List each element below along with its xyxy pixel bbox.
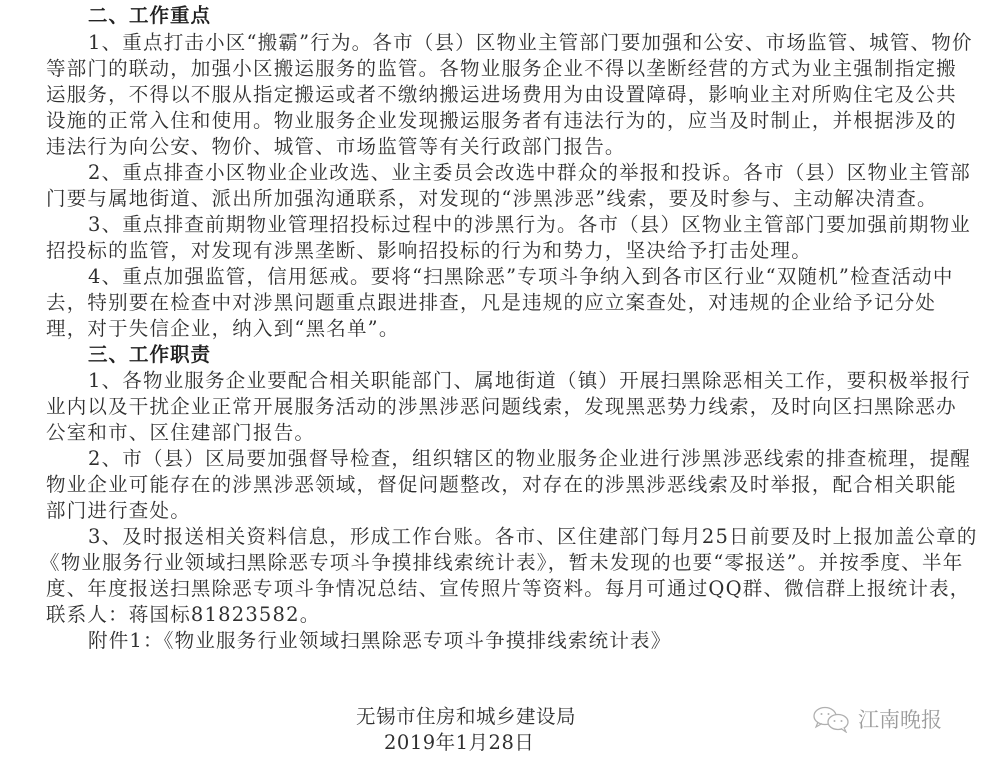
wechat-icon [812, 705, 852, 733]
signature-organization: 无锡市住房和城乡建设局 [356, 704, 576, 730]
paragraph-line: 运服务，不得以不服从指定搬运或者不缴纳搬运进场费用为由设置障碍，影响业主对所购住… [46, 82, 957, 108]
paragraph-line: 3、及时报送相关资料信息，形成工作台账。各市、区住建部门每月25日前要及时上报加… [88, 524, 978, 550]
section-heading-work-focus: 二、工作重点 [88, 3, 211, 29]
paragraph-line: 度、年度报送扫黑除恶专项斗争情况总结、宣传照片等资料。每月可通过QQ群、微信群上… [46, 576, 970, 602]
paragraph-line: 业内以及干扰企业正常开展服务活动的涉黑涉恶问题线索，发现黑恶势力线索，及时向区扫… [46, 394, 957, 420]
paragraph-line: 设施的正常入住和使用。物业服务企业发现搬运服务者有违法行为的，应当及时制止，并根… [46, 108, 957, 134]
paragraph-line: 公室和市、区住建部门报告。 [46, 420, 315, 446]
paragraph-line: 4、重点加强监管，信用惩戒。要将“扫黑除恶”专项斗争纳入到各市区行业“双随机”检… [88, 264, 954, 290]
document-page: 二、工作重点 1、重点打击小区“搬霸”行为。各市（县）区物业主管部门要加强和公安… [0, 0, 988, 762]
paragraph-line: 物业企业可能存在的涉黑涉恶领域，督促问题整改，对存在的涉黑涉恶线索及时举报，配合… [46, 472, 957, 498]
paragraph-line: 2、市（县）区局要加强督导检查，组织辖区的物业服务企业进行涉黑涉恶线索的排查梳理… [88, 446, 971, 472]
paragraph-line: 联系人：蒋国标81823582。 [46, 602, 320, 628]
paragraph-line: 部门进行查处。 [46, 498, 191, 524]
paragraph-line: 违法行为向公安、物价、城管、市场监管等有关行政部门报告。 [46, 134, 626, 160]
section-heading-work-duties: 三、工作职责 [88, 342, 211, 368]
paragraph-line: 1、重点打击小区“搬霸”行为。各市（县）区物业主管部门要加强和公安、市场监管、城… [88, 30, 973, 56]
paragraph-line: 理，对于失信企业，纳入到“黑名单”。 [46, 316, 400, 342]
paragraph-line: 等部门的联动，加强小区搬运服务的监管。各物业服务企业不得以垄断经营的方式为业主强… [46, 56, 957, 82]
watermark-text: 江南晚报 [858, 704, 942, 734]
paragraph-line: 招投标的监管，对发现有涉黑垄断、影响招投标的行为和势力，坚决给予打击处理。 [46, 238, 812, 264]
paragraph-line: 2、重点排查小区物业企业改选、业主委员会改选中群众的举报和投诉。各市（县）区物业… [88, 160, 971, 186]
signature-date: 2019年1月28日 [384, 730, 534, 756]
attachment-line: 附件1：《物业服务行业领域扫黑除恶专项斗争摸排线索统计表》 [88, 628, 671, 654]
watermark: 江南晚报 [812, 704, 942, 734]
paragraph-line: 3、重点排查前期物业管理招投标过程中的涉黑行为。各市（县）区物业主管部门要加强前… [88, 212, 971, 238]
paragraph-line: 《物业服务行业领域扫黑除恶专项斗争摸排线索统计表》，暂未发现的也要“零报送”。并… [40, 550, 963, 576]
paragraph-line: 去，特别要在检查中对涉黑问题重点跟进排查，凡是违规的应立案查处，对违规的企业给予… [46, 290, 936, 316]
paragraph-line: 1、各物业服务企业要配合相关职能部门、属地街道（镇）开展扫黑除恶相关工作，要积极… [88, 368, 971, 394]
paragraph-line: 门要与属地街道、派出所加强沟通联系，对发现的“涉黑涉恶”线索，要及时参与、主动解… [46, 186, 938, 212]
